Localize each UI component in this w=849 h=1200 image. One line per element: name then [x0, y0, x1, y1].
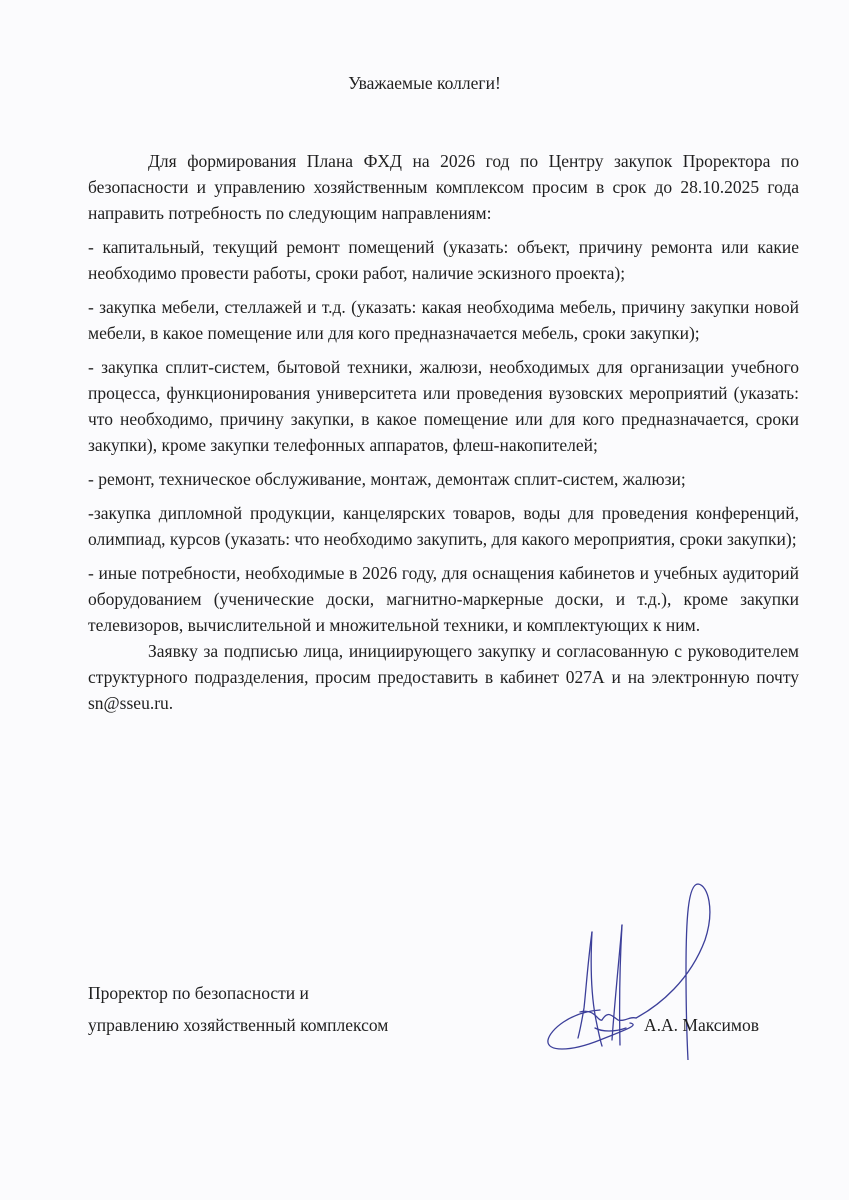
list-item: - иные потребности, необходимые в 2026 г…: [88, 560, 799, 638]
greeting-heading: Уважаемые коллеги!: [0, 73, 849, 94]
letter-body: Для формирования Плана ФХД на 2026 год п…: [88, 148, 799, 724]
list-item: -закупка дипломной продукции, канцелярск…: [88, 500, 799, 552]
list-item: - ремонт, техническое обслуживание, монт…: [88, 466, 799, 492]
closing-paragraph: Заявку за подписью лица, инициирующего з…: [88, 638, 799, 716]
list-item: - закупка сплит-систем, бытовой техники,…: [88, 354, 799, 458]
intro-paragraph: Для формирования Плана ФХД на 2026 год п…: [88, 148, 799, 226]
letter-page: Уважаемые коллеги! Для формирования План…: [0, 0, 849, 1200]
list-item: - закупка мебели, стеллажей и т.д. (указ…: [88, 294, 799, 346]
signatory-title-line2: управлению хозяйственный комплексом: [88, 1015, 388, 1036]
list-item: - капитальный, текущий ремонт помещений …: [88, 234, 799, 286]
signatory-name: А.А. Максимов: [644, 1015, 759, 1036]
signatory-title-line1: Проректор по безопасности и: [88, 983, 309, 1004]
